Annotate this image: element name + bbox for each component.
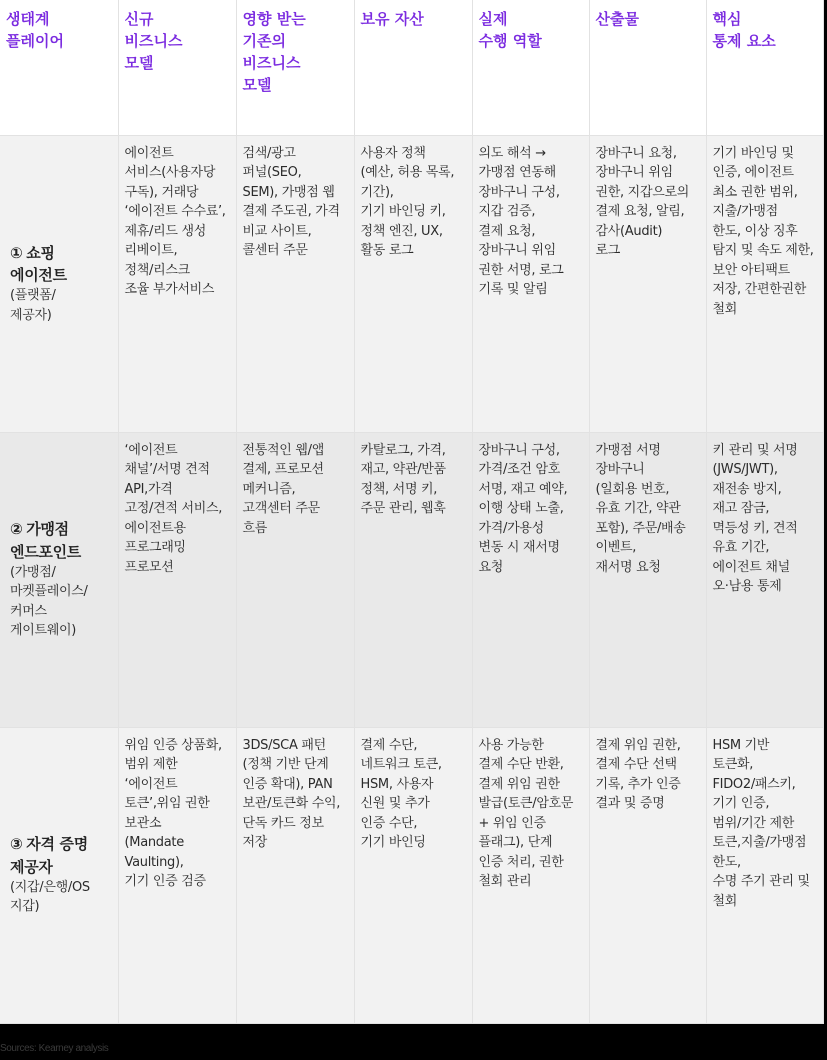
player-subtitle: (가맹점/ 마켓플레이스/ 커머스 게이트웨이) [10, 563, 114, 641]
row-number-badge: ② [10, 520, 22, 538]
player-cell: ② 가맹점 엔드포인트 (가맹점/ 마켓플레이스/ 커머스 게이트웨이) [0, 432, 118, 727]
table-cell: 키 관리 및 서명 (JWS/JWT), 재전송 방지, 재고 잠금, 멱등성 … [706, 432, 823, 727]
cell-text: 키 관리 및 서명 (JWS/JWT), 재전송 방지, 재고 잠금, 멱등성 … [713, 443, 798, 595]
header-label: 영향 받는 기존의 비즈니스 모델 [243, 10, 306, 94]
table-row-merchant-endpoint: ② 가맹점 엔드포인트 (가맹점/ 마켓플레이스/ 커머스 게이트웨이) ‘에이… [0, 432, 823, 727]
table-cell: 결제 위임 권한, 결제 수단 선택 기록, 추가 인증 결과 및 증명 [589, 727, 706, 1023]
cell-text: 장바구니 구성, 가격/조건 암호 서명, 재고 예약, 이행 상태 노출, 가… [479, 443, 568, 575]
cell-text: 위임 인증 상품화, 범위 제한 ‘에이전트 토큰’,위임 권한 보관소 (Ma… [125, 738, 222, 890]
table-cell: 위임 인증 상품화, 범위 제한 ‘에이전트 토큰’,위임 권한 보관소 (Ma… [118, 727, 236, 1023]
cell-text: 검색/광고 퍼널(SEO, SEM), 가맹점 웹 결제 주도권, 가격 비교 … [243, 146, 340, 259]
header-assets: 보유 자산 [354, 0, 472, 135]
table-cell: 검색/광고 퍼널(SEO, SEM), 가맹점 웹 결제 주도권, 가격 비교 … [236, 135, 354, 432]
table-cell: 장바구니 구성, 가격/조건 암호 서명, 재고 예약, 이행 상태 노출, 가… [472, 432, 589, 727]
header-label: 보유 자산 [361, 10, 424, 28]
table-cell: 기기 바인딩 및 인증, 에이전트 최소 권한 범위, 지출/가맹점 한도, 이… [706, 135, 823, 432]
table-cell: 사용자 정책 (예산, 허용 목록, 기간), 기기 바인딩 키, 정책 엔진,… [354, 135, 472, 432]
header-label: 산출물 [596, 10, 639, 28]
cell-text: 장바구니 요청, 장바구니 위임 권한, 지갑으로의 결제 요청, 알림, 감사… [596, 146, 689, 259]
header-label: 생태계 플레이어 [6, 10, 64, 50]
header-label: 신규 비즈니스 모델 [125, 10, 183, 72]
table-cell: 카탈로그, 가격, 재고, 약관/반품 정책, 서명 키, 주문 관리, 웹훅 [354, 432, 472, 727]
table-row-credential-provider: ③ 자격 증명 제공자 (지갑/은행/OS 지갑) 위임 인증 상품화, 범위 … [0, 727, 823, 1023]
table-cell: 에이전트 서비스(사용자당 구독), 거래당 ‘에이전트 수수료’, 제휴/리드… [118, 135, 236, 432]
table-cell: 의도 해석 → 가맹점 연동해 장바구니 구성, 지갑 검증, 결제 요청, 장… [472, 135, 589, 432]
cell-text: 사용자 정책 (예산, 허용 목록, 기간), 기기 바인딩 키, 정책 엔진,… [361, 146, 455, 259]
cell-text: 에이전트 서비스(사용자당 구독), 거래당 ‘에이전트 수수료’, 제휴/리드… [125, 146, 226, 298]
table-cell: HSM 기반 토큰화, FIDO2/패스키, 기기 인증, 범위/기간 제한 토… [706, 727, 823, 1023]
table-row-shopping-agent: ① 쇼핑 에이전트 (플랫폼/ 제공자) 에이전트 서비스(사용자당 구독), … [0, 135, 823, 432]
header-label: 핵심 통제 요소 [713, 10, 776, 50]
table-cell: 3DS/SCA 패턴 (정책 기반 단계 인증 확대), PAN 보관/토큰화 … [236, 727, 354, 1023]
table-cell: 장바구니 요청, 장바구니 위임 권한, 지갑으로의 결제 요청, 알림, 감사… [589, 135, 706, 432]
row-number-badge: ① [10, 244, 22, 262]
player-name-line2: 제공자 [10, 856, 114, 878]
table-cell: 전통적인 웹/앱 결제, 프로모션 메커니즘, 고객센터 주문 흐름 [236, 432, 354, 727]
table-cell: 결제 수단, 네트워크 토큰, HSM, 사용자 신원 및 추가 인증 수단, … [354, 727, 472, 1023]
cell-text: 결제 수단, 네트워크 토큰, HSM, 사용자 신원 및 추가 인증 수단, … [361, 738, 442, 851]
row-number-badge: ③ [10, 835, 22, 853]
cell-text: 기기 바인딩 및 인증, 에이전트 최소 권한 범위, 지출/가맹점 한도, 이… [713, 146, 814, 317]
player-cell: ③ 자격 증명 제공자 (지갑/은행/OS 지갑) [0, 727, 118, 1023]
header-actual-role: 실제 수행 역할 [472, 0, 589, 135]
cell-text: 전통적인 웹/앱 결제, 프로모션 메커니즘, 고객센터 주문 흐름 [243, 443, 324, 536]
header-row: 생태계 플레이어 신규 비즈니스 모델 영향 받는 기존의 비즈니스 모델 보유… [0, 0, 823, 135]
header-affected-business-model: 영향 받는 기존의 비즈니스 모델 [236, 0, 354, 135]
player-name-line2: 에이전트 [10, 264, 114, 286]
source-note: Sources: Kearney analysis [0, 1043, 108, 1054]
ecosystem-player-table: 생태계 플레이어 신규 비즈니스 모델 영향 받는 기존의 비즈니스 모델 보유… [0, 0, 824, 1024]
player-cell: ① 쇼핑 에이전트 (플랫폼/ 제공자) [0, 135, 118, 432]
cell-text: ‘에이전트 채널’/서명 견적 API,가격 고정/견적 서비스, 에이전트용 … [125, 443, 223, 575]
player-name-line1: 자격 증명 [26, 835, 88, 853]
table-cell: 사용 가능한 결제 수단 반환, 결제 위임 권한 발급(토큰/암호문 + 위임… [472, 727, 589, 1023]
table-cell: ‘에이전트 채널’/서명 견적 API,가격 고정/견적 서비스, 에이전트용 … [118, 432, 236, 727]
header-outputs: 산출물 [589, 0, 706, 135]
cell-text: 카탈로그, 가격, 재고, 약관/반품 정책, 서명 키, 주문 관리, 웹훅 [361, 443, 446, 517]
cell-text: 3DS/SCA 패턴 (정책 기반 단계 인증 확대), PAN 보관/토큰화 … [243, 738, 341, 851]
cell-text: 결제 위임 권한, 결제 수단 선택 기록, 추가 인증 결과 및 증명 [596, 738, 681, 812]
header-ecosystem-player: 생태계 플레이어 [0, 0, 118, 135]
cell-text: HSM 기반 토큰화, FIDO2/패스키, 기기 인증, 범위/기간 제한 토… [713, 738, 810, 909]
player-subtitle: (플랫폼/ 제공자) [10, 286, 114, 325]
player-name-line1: 가맹점 [26, 520, 69, 538]
header-new-business-model: 신규 비즈니스 모델 [118, 0, 236, 135]
table-cell: 가맹점 서명 장바구니 (일회용 번호, 유효 기간, 약관 포함), 주문/배… [589, 432, 706, 727]
player-name-line2: 엔드포인트 [10, 541, 114, 563]
cell-text: 사용 가능한 결제 수단 반환, 결제 위임 권한 발급(토큰/암호문 + 위임… [479, 738, 574, 890]
header-label: 실제 수행 역할 [479, 10, 542, 50]
cell-text: 의도 해석 → 가맹점 연동해 장바구니 구성, 지갑 검증, 결제 요청, 장… [479, 146, 564, 298]
player-subtitle: (지갑/은행/OS 지갑) [10, 878, 114, 917]
header-key-controls: 핵심 통제 요소 [706, 0, 823, 135]
cell-text: 가맹점 서명 장바구니 (일회용 번호, 유효 기간, 약관 포함), 주문/배… [596, 443, 686, 575]
player-name-line1: 쇼핑 [26, 244, 54, 262]
